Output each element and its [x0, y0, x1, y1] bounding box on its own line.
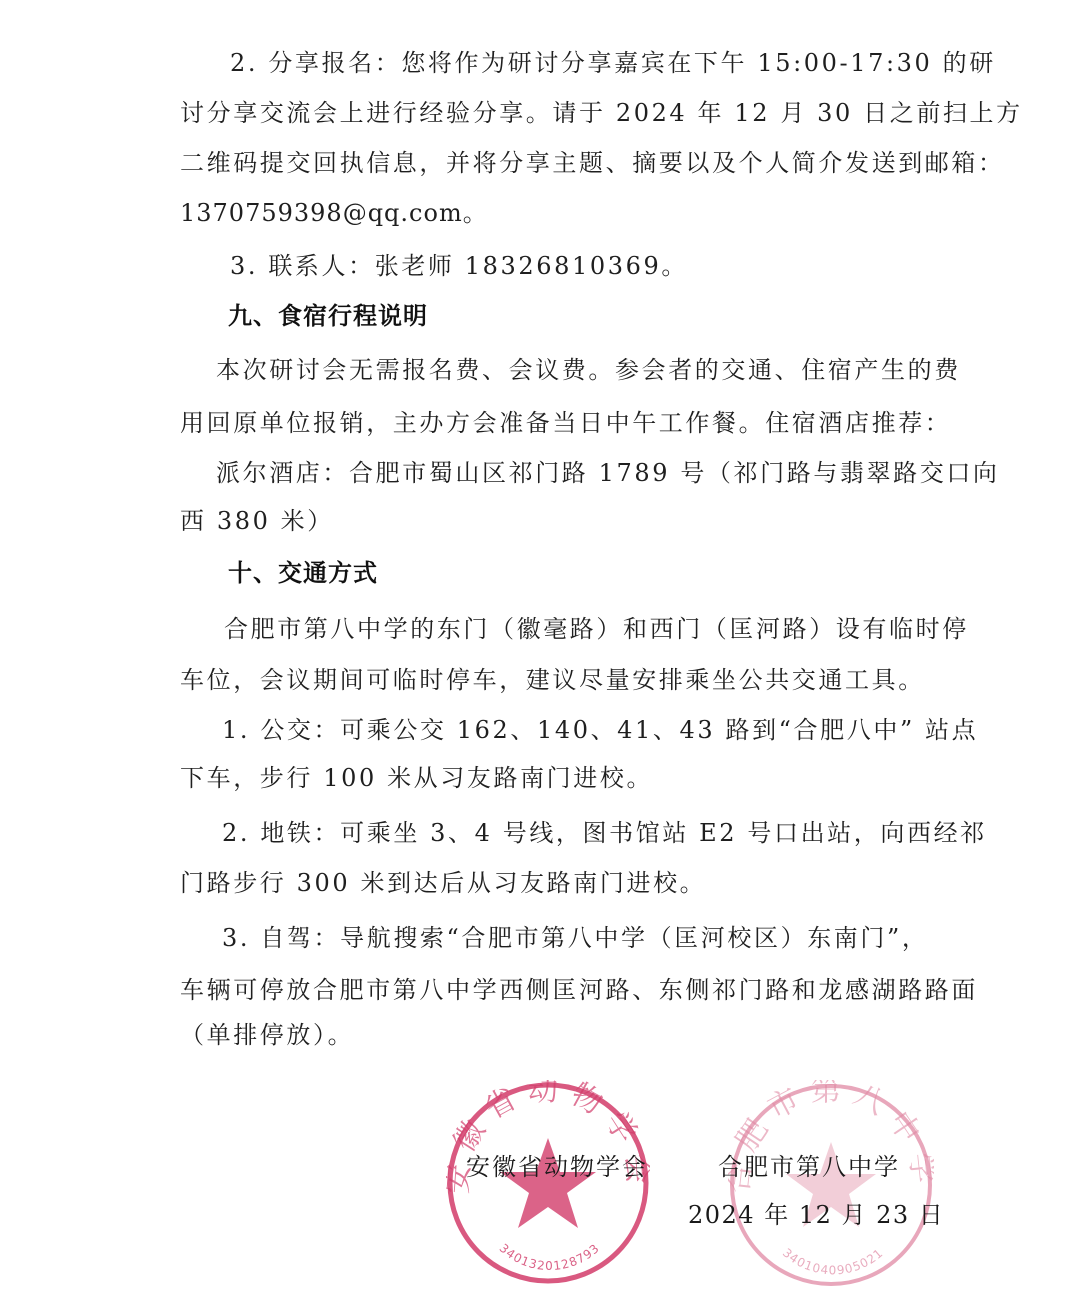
- drive-line-2: 车辆可停放合肥市第八中学西侧匡河路、东侧祁门路和龙感湖路路面: [180, 975, 900, 1005]
- section-heading-accommodation: 九、食宿行程说明: [228, 301, 428, 331]
- document-page: 2. 分享报名：您将作为研讨分享嘉宾在下午 15:00-17:30 的研 讨分享…: [0, 0, 1080, 1308]
- contact-line: 3. 联系人：张老师 18326810369。: [230, 251, 900, 281]
- transport-intro-line-1: 合肥市第八中学的东门（徽毫路）和西门（匡河路）设有临时停: [224, 614, 900, 644]
- seal-stamp-zoological-society: 安徽省动物学会 3401320128793: [446, 1080, 650, 1286]
- hotel-line-1: 派尔酒店：合肥市蜀山区祁门路 1789 号（祁门路与翡翠路交口向: [216, 458, 900, 488]
- accommodation-line-2: 用回原单位报销，主办方会准备当日中午工作餐。住宿酒店推荐：: [180, 408, 900, 438]
- section-heading-transport: 十、交通方式: [228, 558, 378, 588]
- accommodation-line-1: 本次研讨会无需报名费、会议费。参会者的交通、住宿产生的费: [216, 355, 900, 385]
- item2-line-2: 讨分享交流会上进行经验分享。请于 2024 年 12 月 30 日之前扫上方: [180, 98, 900, 128]
- seal-stamp-hefei-no8-school: 合肥市第八中学 3401040905021: [728, 1080, 934, 1290]
- svg-text:3401320128793: 3401320128793: [497, 1241, 603, 1273]
- signature-org-zoological-society: 安徽省动物学会: [466, 1152, 648, 1182]
- item2-line-1: 2. 分享报名：您将作为研讨分享嘉宾在下午 15:00-17:30 的研: [230, 48, 900, 78]
- signature-date: 2024 年 12 月 23 日: [688, 1200, 944, 1230]
- item2-line-3: 二维码提交回执信息，并将分享主题、摘要以及个人简介发送到邮箱：: [180, 148, 900, 178]
- hotel-line-2: 西 380 米）: [180, 506, 900, 536]
- signature-org-hefei-no8-school: 合肥市第八中学: [718, 1152, 900, 1182]
- metro-line-2: 门路步行 300 米到达后从习友路南门进校。: [180, 868, 900, 898]
- bus-line-1: 1. 公交：可乘公交 162、140、41、43 路到“合肥八中” 站点: [222, 715, 900, 745]
- drive-line-1: 3. 自驾：导航搜索“合肥市第八中学（匡河校区）东南门”，: [222, 923, 886, 953]
- item2-email: 1370759398@qq.com。: [180, 198, 900, 228]
- svg-text:3401040905021: 3401040905021: [780, 1246, 886, 1278]
- bus-line-2: 下车，步行 100 米从习友路南门进校。: [180, 763, 900, 793]
- drive-line-3: （单排停放）。: [180, 1020, 900, 1050]
- metro-line-1: 2. 地铁：可乘坐 3、4 号线，图书馆站 E2 号口出站，向西经祁: [222, 818, 900, 848]
- transport-intro-line-2: 车位，会议期间可临时停车，建议尽量安排乘坐公共交通工具。: [180, 665, 900, 695]
